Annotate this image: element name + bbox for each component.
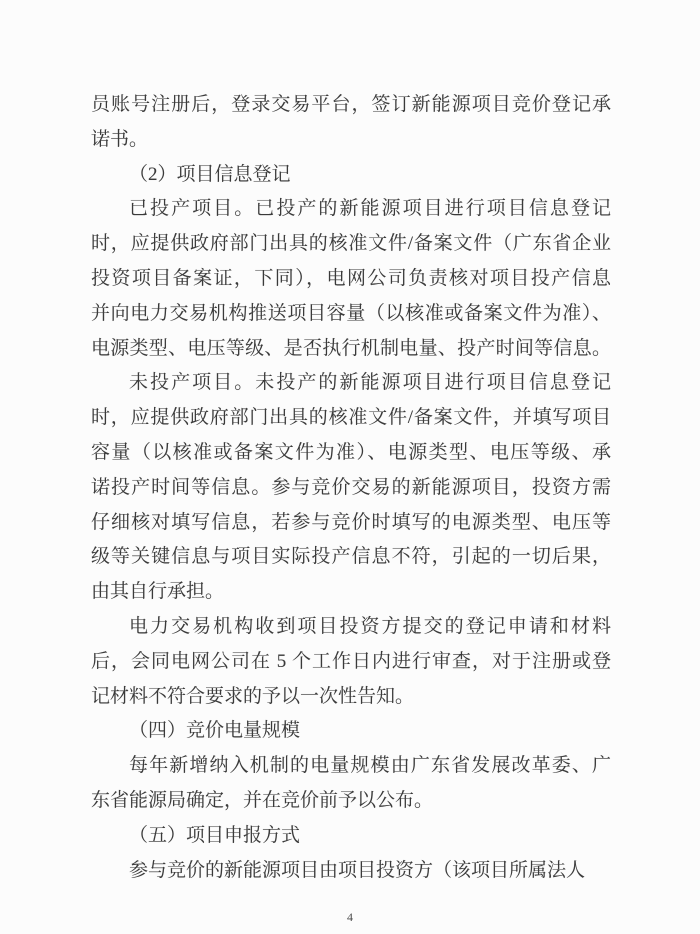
text-line: 每年新增纳入机制的电量规模由广东省发展改革委、广 xyxy=(91,749,611,784)
text-line: 电源类型、电压等级、是否执行机制电量、投产时间等信息。 xyxy=(91,332,611,367)
text-line: 未投产项目。未投产的新能源项目进行项目信息登记 xyxy=(91,366,611,401)
text-line: 后，会同电网公司在 5 个工作日内进行审查，对于注册或登 xyxy=(91,645,611,680)
text-line: 电力交易机构收到项目投资方提交的登记申请和材料 xyxy=(91,610,611,645)
document-page: 员账号注册后，登录交易平台，签订新能源项目竞价登记承 诺书。 （2）项目信息登记… xyxy=(0,0,700,934)
text-block: 员账号注册后，登录交易平台，签订新能源项目竞价登记承 诺书。 （2）项目信息登记… xyxy=(91,88,611,888)
text-line: 仔细核对填写信息，若参与竞价时填写的电源类型、电压等 xyxy=(91,506,611,541)
page-number: 4 xyxy=(0,909,700,925)
text-line: 由其自行承担。 xyxy=(91,575,611,610)
text-line: 时，应提供政府部门出具的核准文件/备案文件，并填写项目 xyxy=(91,401,611,436)
text-line: 员账号注册后，登录交易平台，签订新能源项目竞价登记承 xyxy=(91,88,611,123)
text-line: 并向电力交易机构推送项目容量（以核准或备案文件为准）、 xyxy=(91,297,611,332)
text-line: 投资项目备案证，下同），电网公司负责核对项目投产信息 xyxy=(91,262,611,297)
text-line: （2）项目信息登记 xyxy=(91,158,611,193)
text-line: 已投产项目。已投产的新能源项目进行项目信息登记 xyxy=(91,192,611,227)
text-line: 参与竞价的新能源项目由项目投资方（该项目所属法人 xyxy=(91,854,611,889)
text-line: 东省能源局确定，并在竞价前予以公布。 xyxy=(91,784,611,819)
text-line: 容量（以核准或备案文件为准）、电源类型、电压等级、承 xyxy=(91,436,611,471)
text-line: （四）竞价电量规模 xyxy=(91,714,611,749)
text-line: 时，应提供政府部门出具的核准文件/备案文件（广东省企业 xyxy=(91,227,611,262)
text-line: 诺书。 xyxy=(91,123,611,158)
text-line: 记材料不符合要求的予以一次性告知。 xyxy=(91,680,611,715)
text-line: （五）项目申报方式 xyxy=(91,819,611,854)
text-line: 级等关键信息与项目实际投产信息不符，引起的一切后果， xyxy=(91,540,611,575)
text-line: 诺投产时间等信息。参与竞价交易的新能源项目，投资方需 xyxy=(91,471,611,506)
